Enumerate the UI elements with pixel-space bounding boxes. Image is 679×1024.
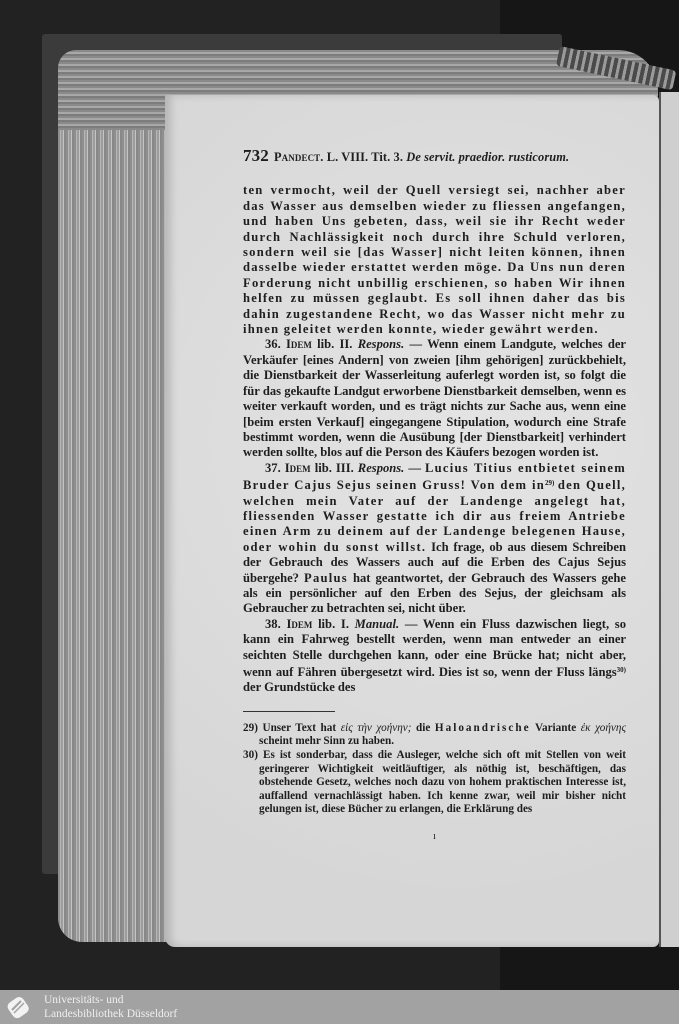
footnote-rule — [243, 711, 335, 712]
page-block-side-edge — [58, 62, 168, 942]
book-scan: 732 Pandect. L. VIII. Tit. 3. De servit.… — [0, 0, 679, 990]
ulb-logo-icon[interactable] — [4, 992, 34, 1022]
section-dash: — — [409, 337, 422, 351]
section-38: 38. Idem lib. I. Manual. — Wenn ein Flus… — [243, 617, 626, 696]
footnote-ref-30[interactable]: 30) — [617, 666, 626, 674]
greek-text: ἐκ χοήνης — [581, 722, 626, 734]
section-number: 37. — [265, 461, 281, 475]
running-head: 732 Pandect. L. VIII. Tit. 3. De servit.… — [243, 148, 626, 165]
work-abbrev: Pandect. — [274, 150, 323, 164]
facing-page-edge — [659, 92, 679, 947]
section-dash: — — [405, 617, 418, 631]
section-37: 37. Idem lib. III. Respons. — Lucius Tit… — [243, 461, 626, 617]
continuation-paragraph: ten vermocht, weil der Quell versiegt se… — [243, 183, 626, 337]
section-36: 36. Idem lib. II. Respons. — Wenn einem … — [243, 337, 626, 460]
section-author: Idem — [285, 461, 311, 475]
library-name[interactable]: Universitäts- und Landesbibliothek Düsse… — [44, 993, 177, 1021]
section-source: lib. III. — [315, 461, 354, 475]
section-work: Respons. — [358, 461, 405, 475]
footnote-marker: 30) — [243, 749, 258, 761]
section-work: Manual. — [355, 617, 399, 631]
footnote-30: 30) Es ist sonderbar, dass die Ausleger,… — [243, 749, 626, 817]
section-text-cont: der Grundstücke des — [243, 680, 355, 694]
jurist-name: Paulus — [304, 571, 348, 585]
footnote-text: Variante — [535, 722, 576, 734]
footnote-text: Unser Text hat — [263, 722, 337, 734]
section-text: Wenn einem Landgute, welches der Verkäuf… — [243, 337, 626, 459]
title-name: De servit. praedior. rusticorum. — [406, 150, 569, 164]
title-number: Tit. 3. — [371, 150, 403, 164]
section-author: Idem — [286, 617, 312, 631]
section-author: Idem — [286, 337, 312, 351]
book-number: L. VIII. — [327, 150, 369, 164]
greek-text: εἰς τὴν χοήνην; — [341, 722, 412, 734]
section-work: Respons. — [358, 337, 405, 351]
page-number: 732 — [243, 146, 269, 165]
page-text: 732 Pandect. L. VIII. Tit. 3. De servit.… — [243, 148, 626, 844]
section-dash: — — [408, 461, 421, 475]
library-footer: Universitäts- und Landesbibliothek Düsse… — [0, 990, 679, 1024]
footnote-text: die — [416, 722, 430, 734]
spaced-name: Haloandrische — [435, 722, 531, 734]
section-source: lib. I. — [318, 617, 349, 631]
section-number: 36. — [265, 337, 281, 351]
footnote-29: 29) Unser Text hat εἰς τὴν χοήνην; die H… — [243, 722, 626, 749]
library-name-line2: Landesbibliothek Düsseldorf — [44, 1007, 177, 1021]
answer-text: hat geantwortet, der Gebrauch des Wasser… — [243, 571, 626, 616]
footnote-ref-29[interactable]: 29) — [545, 479, 554, 487]
signature-mark: ı — [243, 829, 626, 844]
section-number: 38. — [265, 617, 281, 631]
library-name-line1: Universitäts- und — [44, 993, 177, 1007]
section-source: lib. II. — [317, 337, 352, 351]
footnote-text: scheint mehr Sinn zu haben. — [259, 735, 394, 747]
footnote-marker: 29) — [243, 722, 258, 734]
footnote-text: Es ist sonderbar, dass die Ausleger, wel… — [259, 749, 626, 815]
